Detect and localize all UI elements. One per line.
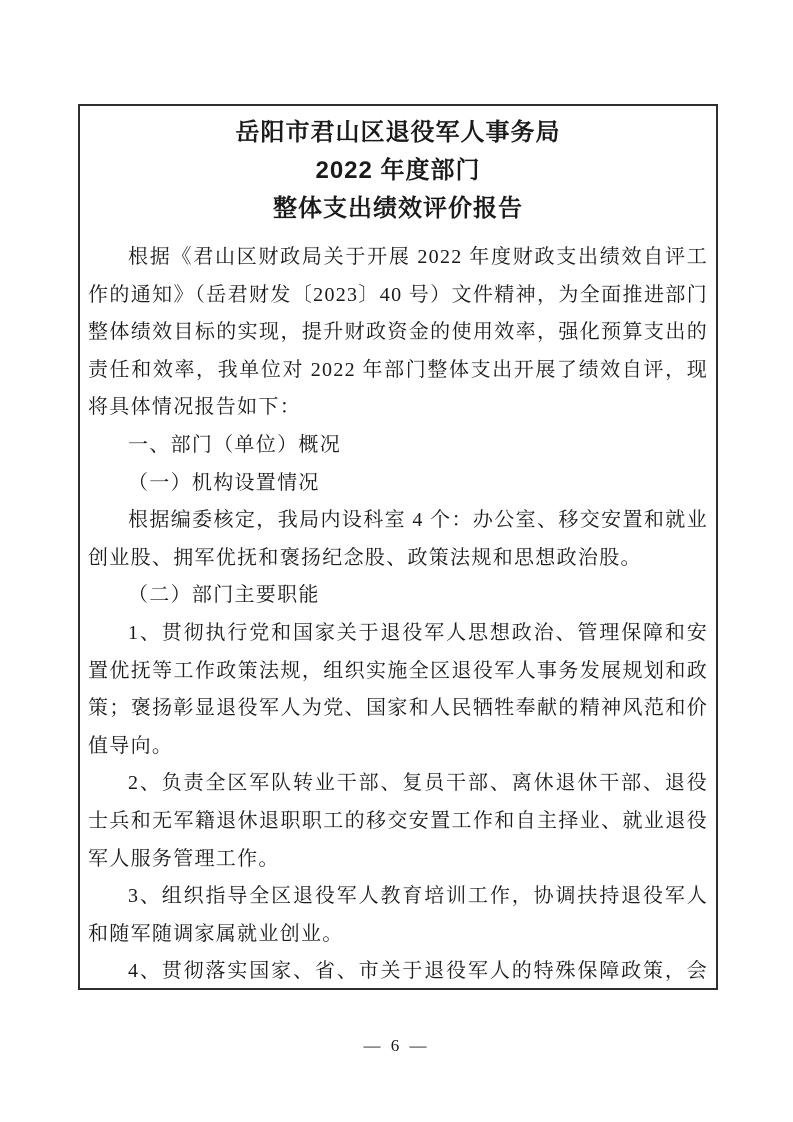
report-title: 岳阳市君山区退役军人事务局 2022 年度部门 整体支出绩效评价报告 (88, 114, 708, 228)
heading-subsection-1-1: （一）机构设置情况 (88, 465, 708, 503)
paragraph-duty-1: 1、贯彻执行党和国家关于退役军人思想政治、管理保障和安置优抚等工作政策法规，组织… (88, 615, 708, 765)
report-title-line-2: 2022 年度部门 (88, 152, 708, 190)
report-title-line-1: 岳阳市君山区退役军人事务局 (88, 114, 708, 152)
paragraph-intro: 根据《君山区财政局关于开展 2022 年度财政支出绩效自评工作的通知》（岳君财发… (88, 239, 708, 427)
paragraph-duty-4: 4、贯彻落实国家、省、市关于退役军人的特殊保障政策，会同 (88, 953, 708, 990)
report-title-line-3: 整体支出绩效评价报告 (88, 190, 708, 228)
paragraph-org-setup: 根据编委核定，我局内设科室 4 个：办公室、移交安置和就业创业股、拥军优抚和褒扬… (88, 502, 708, 577)
paragraph-duty-3: 3、组织指导全区退役军人教育培训工作，协调扶持退役军人和随军随调家属就业创业。 (88, 878, 708, 953)
page-number: — 6 — (0, 1036, 793, 1056)
heading-section-1: 一、部门（单位）概况 (88, 427, 708, 465)
heading-subsection-1-2: （二）部门主要职能 (88, 577, 708, 615)
document-page: 岳阳市君山区退役军人事务局 2022 年度部门 整体支出绩效评价报告 根据《君山… (0, 0, 793, 1122)
report-body: 根据《君山区财政局关于开展 2022 年度财政支出绩效自评工作的通知》（岳君财发… (88, 239, 708, 990)
content-border-frame: 岳阳市君山区退役军人事务局 2022 年度部门 整体支出绩效评价报告 根据《君山… (78, 104, 718, 990)
paragraph-duty-2: 2、负责全区军队转业干部、复员干部、离休退休干部、退役士兵和无军籍退休退职职工的… (88, 765, 708, 878)
